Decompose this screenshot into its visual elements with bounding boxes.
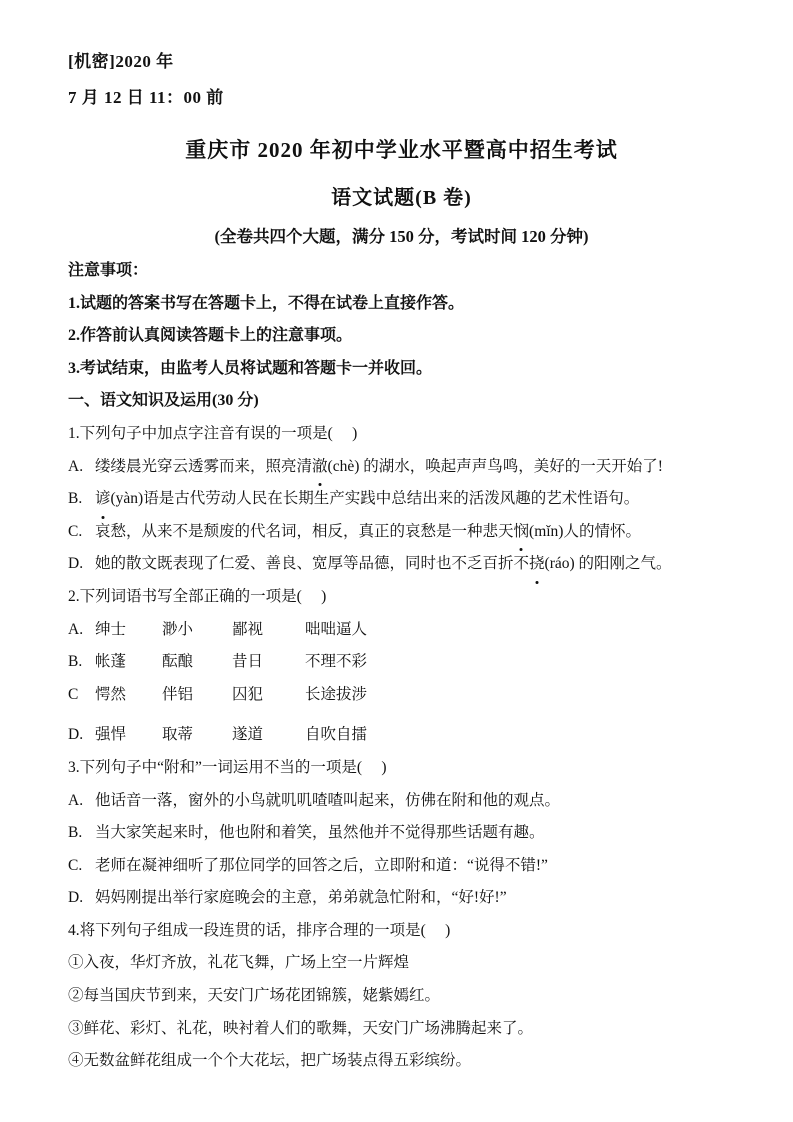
- word-item: 鄙视: [232, 614, 305, 647]
- confidential-line: [机密]2020 年: [68, 50, 735, 74]
- notice-item-3: 3.考试结束，由监考人员将试题和答题卡一并收回。: [68, 353, 735, 386]
- word-row: 愕然伴铝囚犯长途拔涉: [95, 679, 735, 712]
- word-item: 渺小: [162, 614, 232, 647]
- question-4-stem: 4.将下列句子组成一段连贯的话，排序合理的一项是( ): [68, 915, 735, 948]
- word-item: 帐蓬: [95, 646, 162, 679]
- word-item: 取蒂: [162, 719, 232, 752]
- option-label: C: [68, 679, 95, 712]
- q1-option-a: A. 缕缕晨光穿云透雾而来，照亮清澈(chè) 的湖水，唤起声声鸟鸣，美好的一天…: [68, 451, 735, 484]
- q3-option-a: A. 他话音一落，窗外的小鸟就叽叽喳喳叫起来，仿佛在附和他的观点。: [68, 785, 735, 818]
- option-text: 她的散文既表现了仁爱、善良、宽厚等品德，同时也不乏百折不挠(ráo) 的阳刚之气…: [95, 548, 735, 581]
- word-row: 绅士渺小鄙视咄咄逼人: [95, 614, 735, 647]
- option-text: 妈妈刚提出举行家庭晚会的主意，弟弟就急忙附和，“好!好!”: [95, 882, 735, 915]
- option-label: C.: [68, 516, 95, 549]
- word-item: 昔日: [232, 646, 305, 679]
- emphasized-char: 澈: [312, 451, 328, 484]
- word-item: 长途拔涉: [305, 679, 367, 712]
- q3-option-b: B. 当大家笑起来时，他也附和着笑，虽然他并不觉得那些话题有趣。: [68, 817, 735, 850]
- paper-title: 语文试题(B 卷): [68, 181, 735, 210]
- word-item: 伴铝: [162, 679, 232, 712]
- notice-heading: 注意事项：: [68, 255, 735, 288]
- question-1-stem: 1.下列句子中加点字注音有误的一项是( ): [68, 418, 735, 451]
- option-label: D.: [68, 548, 95, 581]
- q3-option-d: D. 妈妈刚提出举行家庭晚会的主意，弟弟就急忙附和，“好!好!”: [68, 882, 735, 915]
- word-item: 囚犯: [232, 679, 305, 712]
- q2-row-d: D. 强悍取蒂遂道自吹自擂: [68, 719, 735, 752]
- word-item: 自吹自擂: [305, 719, 367, 752]
- option-label: B.: [68, 646, 95, 679]
- option-text: 哀愁，从来不是颓废的代名词，相反，真正的哀愁是一种悲天悯(mǐn)人的情怀。: [95, 516, 735, 549]
- option-label: A.: [68, 785, 95, 818]
- q1-option-d: D. 她的散文既表现了仁爱、善良、宽厚等品德，同时也不乏百折不挠(ráo) 的阳…: [68, 548, 735, 581]
- word-item: 不理不彩: [305, 646, 367, 679]
- exam-paper-page: [机密]2020 年 7 月 12 日 11：00 前 重庆市 2020 年初中…: [0, 0, 793, 1122]
- option-text: 当大家笑起来时，他也附和着笑，虽然他并不觉得那些话题有趣。: [95, 817, 735, 850]
- option-label: A.: [68, 451, 95, 484]
- exam-title: 重庆市 2020 年初中学业水平暨高中招生考试: [68, 134, 735, 164]
- notice-item-2: 2.作答前认真阅读答题卡上的注意事项。: [68, 320, 735, 353]
- option-text: 老师在凝神细听了那位同学的回答之后，立即附和道：“说得不错!”: [95, 850, 735, 883]
- word-item: 遂道: [232, 719, 305, 752]
- exam-info-line: (全卷共四个大题，满分 150 分，考试时间 120 分钟): [68, 223, 735, 247]
- q1-option-b: B. 谚(yàn)语是古代劳动人民在长期生产实践中总结出来的活泼风趣的艺术性语句…: [68, 483, 735, 516]
- option-text: 谚(yàn)语是古代劳动人民在长期生产实践中总结出来的活泼风趣的艺术性语句。: [95, 483, 735, 516]
- word-item: 酝酿: [162, 646, 232, 679]
- word-item: 强悍: [95, 719, 162, 752]
- option-label: C.: [68, 850, 95, 883]
- q2-row-b: B. 帐蓬酝酿昔日不理不彩: [68, 646, 735, 679]
- option-label: B.: [68, 817, 95, 850]
- notice-item-1: 1.试题的答案书写在答题卡上，不得在试卷上直接作答。: [68, 288, 735, 321]
- word-row: 强悍取蒂遂道自吹自擂: [95, 719, 735, 752]
- q3-option-c: C. 老师在凝神细听了那位同学的回答之后，立即附和道：“说得不错!”: [68, 850, 735, 883]
- q2-row-a: A. 绅士渺小鄙视咄咄逼人: [68, 614, 735, 647]
- emphasized-char: 谚: [95, 483, 111, 516]
- word-item: 绅士: [95, 614, 162, 647]
- option-text: 缕缕晨光穿云透雾而来，照亮清澈(chè) 的湖水，唤起声声鸟鸣，美好的一天开始了…: [95, 451, 735, 484]
- section-heading: 一、语文知识及运用(30 分): [68, 385, 735, 418]
- emphasized-char: 悯: [514, 516, 530, 549]
- q4-sentence-3: ③鲜花、彩灯、礼花，映衬着人们的歌舞，天安门广场沸腾起来了。: [68, 1013, 735, 1046]
- option-label: D.: [68, 719, 95, 752]
- q4-sentence-1: ①入夜，华灯齐放，礼花飞舞，广场上空一片辉煌: [68, 947, 735, 980]
- option-label: B.: [68, 483, 95, 516]
- q4-sentence-4: ④无数盆鲜花组成一个个大花坛，把广场装点得五彩缤纷。: [68, 1045, 735, 1078]
- option-label: A.: [68, 614, 95, 647]
- emphasized-char: 挠: [529, 548, 545, 581]
- question-3-stem: 3.下列句子中“附和”一词运用不当的一项是( ): [68, 752, 735, 785]
- q1-option-c: C. 哀愁，从来不是颓废的代名词，相反，真正的哀愁是一种悲天悯(mǐn)人的情怀…: [68, 516, 735, 549]
- word-row: 帐蓬酝酿昔日不理不彩: [95, 646, 735, 679]
- word-item: 愕然: [95, 679, 162, 712]
- option-text: 他话音一落，窗外的小鸟就叽叽喳喳叫起来，仿佛在附和他的观点。: [95, 785, 735, 818]
- question-2-stem: 2.下列词语书写全部正确的一项是( ): [68, 581, 735, 614]
- option-label: D.: [68, 882, 95, 915]
- q2-row-c: C 愕然伴铝囚犯长途拔涉: [68, 679, 735, 712]
- word-item: 咄咄逼人: [305, 614, 367, 647]
- deadline-line: 7 月 12 日 11：00 前: [68, 86, 735, 110]
- q4-sentence-2: ②每当国庆节到来，天安门广场花团锦簇，姥紫嫣红。: [68, 980, 735, 1013]
